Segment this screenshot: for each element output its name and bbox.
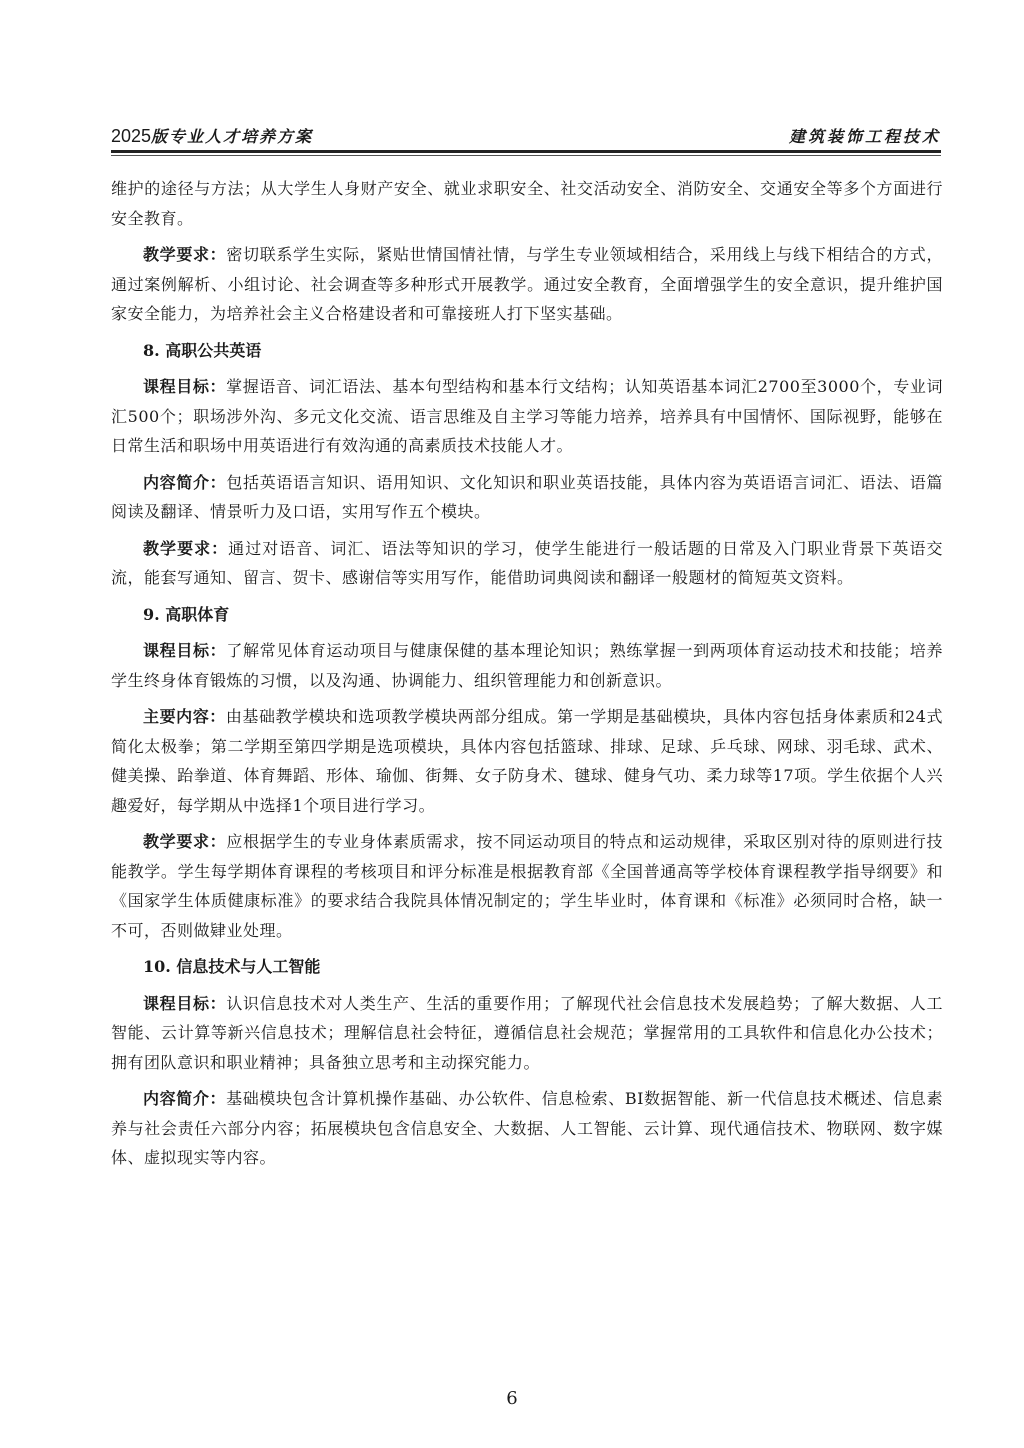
- paragraph-text: 由基础教学模块和选项教学模块两部分组成。第一学期是基础模块，具体内容包括身体素质…: [111, 707, 943, 815]
- paragraph-label: 内容简介：: [143, 473, 226, 492]
- header-major-name: 建筑装饰工程技术: [789, 124, 941, 147]
- paragraph-text: 密切联系学生实际，紧贴世情国情社情，与学生专业领域相结合，采用线上与线下相结合的…: [111, 245, 943, 323]
- header-document-title: 2025版专业人才培养方案: [111, 124, 313, 147]
- it-content-summary: 内容简介：基础模块包含计算机操作基础、办公软件、信息检索、BI数据智能、新一代信…: [111, 1084, 943, 1173]
- paragraph-label: 教学要求：: [143, 539, 228, 558]
- english-course-goals: 课程目标：掌握语音、词汇语法、基本句型结构和基本行文结构；认知英语基本词汇270…: [111, 372, 943, 461]
- header-rule-thick: [111, 150, 941, 153]
- paragraph-text: 掌握语音、词汇语法、基本句型结构和基本行文结构；认知英语基本词汇2700至300…: [111, 377, 943, 455]
- pe-teaching-requirements: 教学要求：应根据学生的专业身体素质需求，按不同运动项目的特点和运动规律，采取区别…: [111, 827, 943, 945]
- paragraph-label: 课程目标：: [143, 641, 226, 660]
- english-content-summary: 内容简介：包括英语语言知识、语用知识、文化知识和职业英语技能，具体内容为英语语言…: [111, 468, 943, 527]
- paragraph-label: 主要内容：: [143, 707, 226, 726]
- header-year: 2025: [111, 126, 151, 146]
- paragraph-text: 通过对语音、词汇、语法等知识的学习，使学生能进行一般话题的日常及入门职业背景下英…: [111, 539, 943, 588]
- pe-main-content: 主要内容：由基础教学模块和选项教学模块两部分组成。第一学期是基础模块，具体内容包…: [111, 702, 943, 820]
- english-teaching-requirements: 教学要求：通过对语音、词汇、语法等知识的学习，使学生能进行一般话题的日常及入门职…: [111, 534, 943, 593]
- paragraph-text: 基础模块包含计算机操作基础、办公软件、信息检索、BI数据智能、新一代信息技术概述…: [111, 1089, 943, 1167]
- paragraph-label: 课程目标：: [143, 994, 226, 1013]
- header-rule-thin: [111, 155, 941, 156]
- paragraph-label: 内容简介：: [143, 1089, 226, 1108]
- paragraph-label: 教学要求：: [143, 245, 226, 264]
- paragraph-text: 应根据学生的专业身体素质需求，按不同运动项目的特点和运动规律，采取区别对待的原则…: [111, 832, 943, 940]
- paragraph-text: 认识信息技术对人类生产、生活的重要作用；了解现代社会信息技术发展趋势；了解大数据…: [111, 994, 943, 1072]
- paragraph-text: 了解常见体育运动项目与健康保健的基本理论知识；熟练掌握一到两项体育运动技术和技能…: [111, 641, 943, 690]
- paragraph-label: 课程目标：: [143, 377, 226, 396]
- section-heading-pe: 9. 高职体育: [111, 600, 943, 630]
- section-heading-english: 8. 高职公共英语: [111, 336, 943, 366]
- header-title: 版专业人才培养方案: [151, 127, 313, 146]
- continuation-paragraph: 维护的途径与方法；从大学生人身财产安全、就业求职安全、社交活动安全、消防安全、交…: [111, 174, 943, 233]
- it-course-goals: 课程目标：认识信息技术对人类生产、生活的重要作用；了解现代社会信息技术发展趋势；…: [111, 989, 943, 1078]
- pe-course-goals: 课程目标：了解常见体育运动项目与健康保健的基本理论知识；熟练掌握一到两项体育运动…: [111, 636, 943, 695]
- paragraph-text: 包括英语语言知识、语用知识、文化知识和职业英语技能，具体内容为英语语言词汇、语法…: [111, 473, 943, 522]
- safety-teaching-requirements: 教学要求：密切联系学生实际，紧贴世情国情社情，与学生专业领域相结合，采用线上与线…: [111, 240, 943, 329]
- paragraph-label: 教学要求：: [143, 832, 226, 851]
- page-number: 6: [0, 1388, 1024, 1409]
- page-body: 维护的途径与方法；从大学生人身财产安全、就业求职安全、社交活动安全、消防安全、交…: [111, 174, 943, 1173]
- section-heading-it-ai: 10. 信息技术与人工智能: [111, 952, 943, 982]
